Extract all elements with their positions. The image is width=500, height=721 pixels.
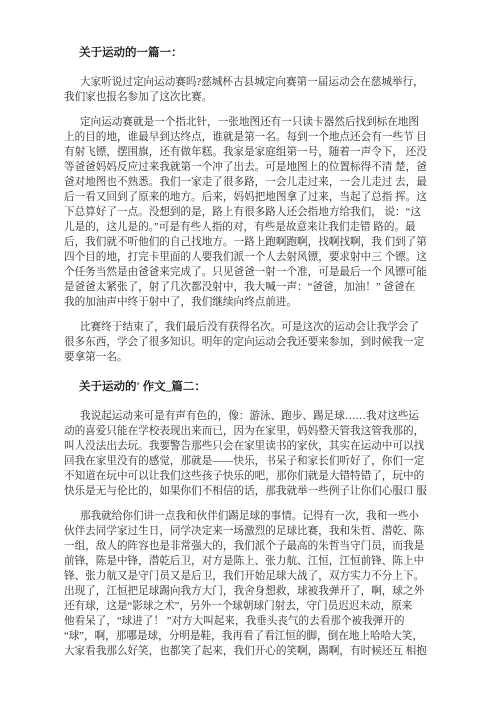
- text-line: 很多东西，学会了很多知识。明年的定向运动会我还要来参加，到时候我一定: [64, 335, 440, 350]
- paragraph: 比赛终于结束了，我们最后没有获得名次。可是这次的运动会让我学会了很多东西，学会了…: [64, 320, 440, 365]
- text-line: 四个目的地，打完卡里面的人要我们派一个人去射风镖，要求射中三 个镖。这: [64, 250, 440, 265]
- text-line: 后一看又回到了原来的地方。后来，妈妈把地图拿了过来，当起了总指 挥。这: [64, 190, 440, 205]
- text-line: 定向运动赛就是一个指北针，一张地图还有一只读卡器然后找到标在地图: [64, 115, 440, 130]
- text-line: 一组，敌人的阵容也是非常强大的，我们派个子最高的朱哲当守门员，而我是: [64, 539, 440, 554]
- paragraph: 我说起运动来可是有声有色的，像：游泳、跑步、踢足球……我对这些运动的喜爱只能在学…: [64, 409, 440, 499]
- paragraph: 大家听说过定向运动赛吗?慈城杯古县城定向赛第一届运动会在慈城举行，我们家也报名参…: [64, 75, 440, 105]
- text-line: 还有球，这是“影球之术”，另外一个球朝球门射去，守门员迟迟未动，原来: [64, 599, 440, 614]
- document-page: 关于运动的一篇一：大家听说过定向运动赛吗?慈城杯古县城定向赛第一届运动会在慈城举…: [0, 0, 500, 721]
- text-line: 那我就给你们讲一点我和伙伴们踢足球的事情。记得有一次，我和一些小: [64, 509, 440, 524]
- text-line: 动的喜爱只能在学校表现出来而已，因为在家里，妈妈整天管我这管我那的，: [64, 424, 440, 439]
- text-line: 下总算好了一点。没想到的是，路上有很多路人还会指地方给我们， 说：“这: [64, 205, 440, 220]
- text-line: 叫人没法出去玩。我要警告那些只会在家里读书的家伙，其实在运动中可以找: [64, 439, 440, 454]
- document-body: 关于运动的一篇一：大家听说过定向运动赛吗?慈城杯古县城定向赛第一届运动会在慈城举…: [64, 46, 440, 659]
- text-line: 锋、张力航又是守门员又是后卫，我们开始足球大战了，双方实力不分上下。: [64, 569, 440, 584]
- text-line: 有射飞镖，摆围旗，还有做年糕。我家是家庭组第一号，随着一声令下， 还没: [64, 145, 440, 160]
- text-line: 大家听说过定向运动赛吗?慈城杯古县城定向赛第一届运动会在慈城举行，: [64, 75, 440, 90]
- section-heading: 关于运动的' 作文_篇二：: [64, 380, 440, 395]
- text-line: 伙伴去同学家过生日，同学决定来一场激烈的足球比赛，我和朱哲、潜乾、陈: [64, 524, 440, 539]
- text-line: 要拿第一名。: [64, 350, 440, 365]
- text-line: 后，我们就不听他们的自己找地方。一路上跑啊跑啊，找啊找啊，我 们到了第: [64, 235, 440, 250]
- text-line: 回我在家里没有的感觉，那就是——快乐，书呆子和家长们听好了，你们一定: [64, 454, 440, 469]
- text-line: 不知道在玩中可以让我们这些孩子快乐的吧，那你们就是大错特错了，玩中的: [64, 469, 440, 484]
- text-line: “球”，啊，那哪是球，分明是鞋，我再看了看江恒的脚，倒在地上哈哈大笑，: [64, 629, 440, 644]
- text-line: 上的目的地，谁最早到达终点，谁就是第一名。每到一个地点还会有一些节 目: [64, 130, 440, 145]
- paragraph: 定向运动赛就是一个指北针，一张地图还有一只读卡器然后找到标在地图上的目的地，谁最…: [64, 115, 440, 310]
- text-line: 他看呆了，“球进了！ ”对方大叫起来，我垂头丧气的去看那个被我弹开的: [64, 614, 440, 629]
- text-line: 儿是的，这儿是的。”可是有些人指的对，有些是故意来让我们走错 路的。最: [64, 220, 440, 235]
- text-line: 爸对地图也不熟悉。我们一家走了很多路，一会儿走过来，一会儿走过 去，最: [64, 175, 440, 190]
- text-line: 快乐是无与伦比的，如果你们不相信的话，那我就举一些例子让你们心服口 服: [64, 484, 440, 499]
- text-line: 我们家也报名参加了这次比赛。: [64, 90, 440, 105]
- text-line: 个任务当然是由爸爸来完成了。只见爸爸一射一个准，可是最后一个 风镖可能: [64, 265, 440, 280]
- text-line: 出现了，江恒把足球踢向我方大门，我舍身想救，球被我弹开了，啊，球之外: [64, 584, 440, 599]
- text-line: 我说起运动来可是有声有色的，像：游泳、跑步、踢足球……我对这些运: [64, 409, 440, 424]
- text-line: 前锋，陈是中锋，潜乾后卫，对方是陈上、张力航、江恒，江恒前锋、陈上中: [64, 554, 440, 569]
- paragraph: 那我就给你们讲一点我和伙伴们踢足球的事情。记得有一次，我和一些小伙伴去同学家过生…: [64, 509, 440, 659]
- section-heading: 关于运动的一篇一：: [64, 46, 440, 61]
- text-line: 我的加油声中终于射中了，我们继续向终点前进。: [64, 295, 440, 310]
- text-line: 是爸爸太紧张了，射了几次都没射中，我大喊一声：“爸爸，加油！” 爸爸在: [64, 280, 440, 295]
- text-line: 比赛终于结束了，我们最后没有获得名次。可是这次的运动会让我学会了: [64, 320, 440, 335]
- text-line: 等爸爸妈妈反应过来我就第一个冲了出去。可是地图上的位置标得不清 楚，爸: [64, 160, 440, 175]
- text-line: 大家看我那么好笑，也都笑了起来，我们开心的笑啊，踢啊，有时候还互 相抱: [64, 644, 440, 659]
